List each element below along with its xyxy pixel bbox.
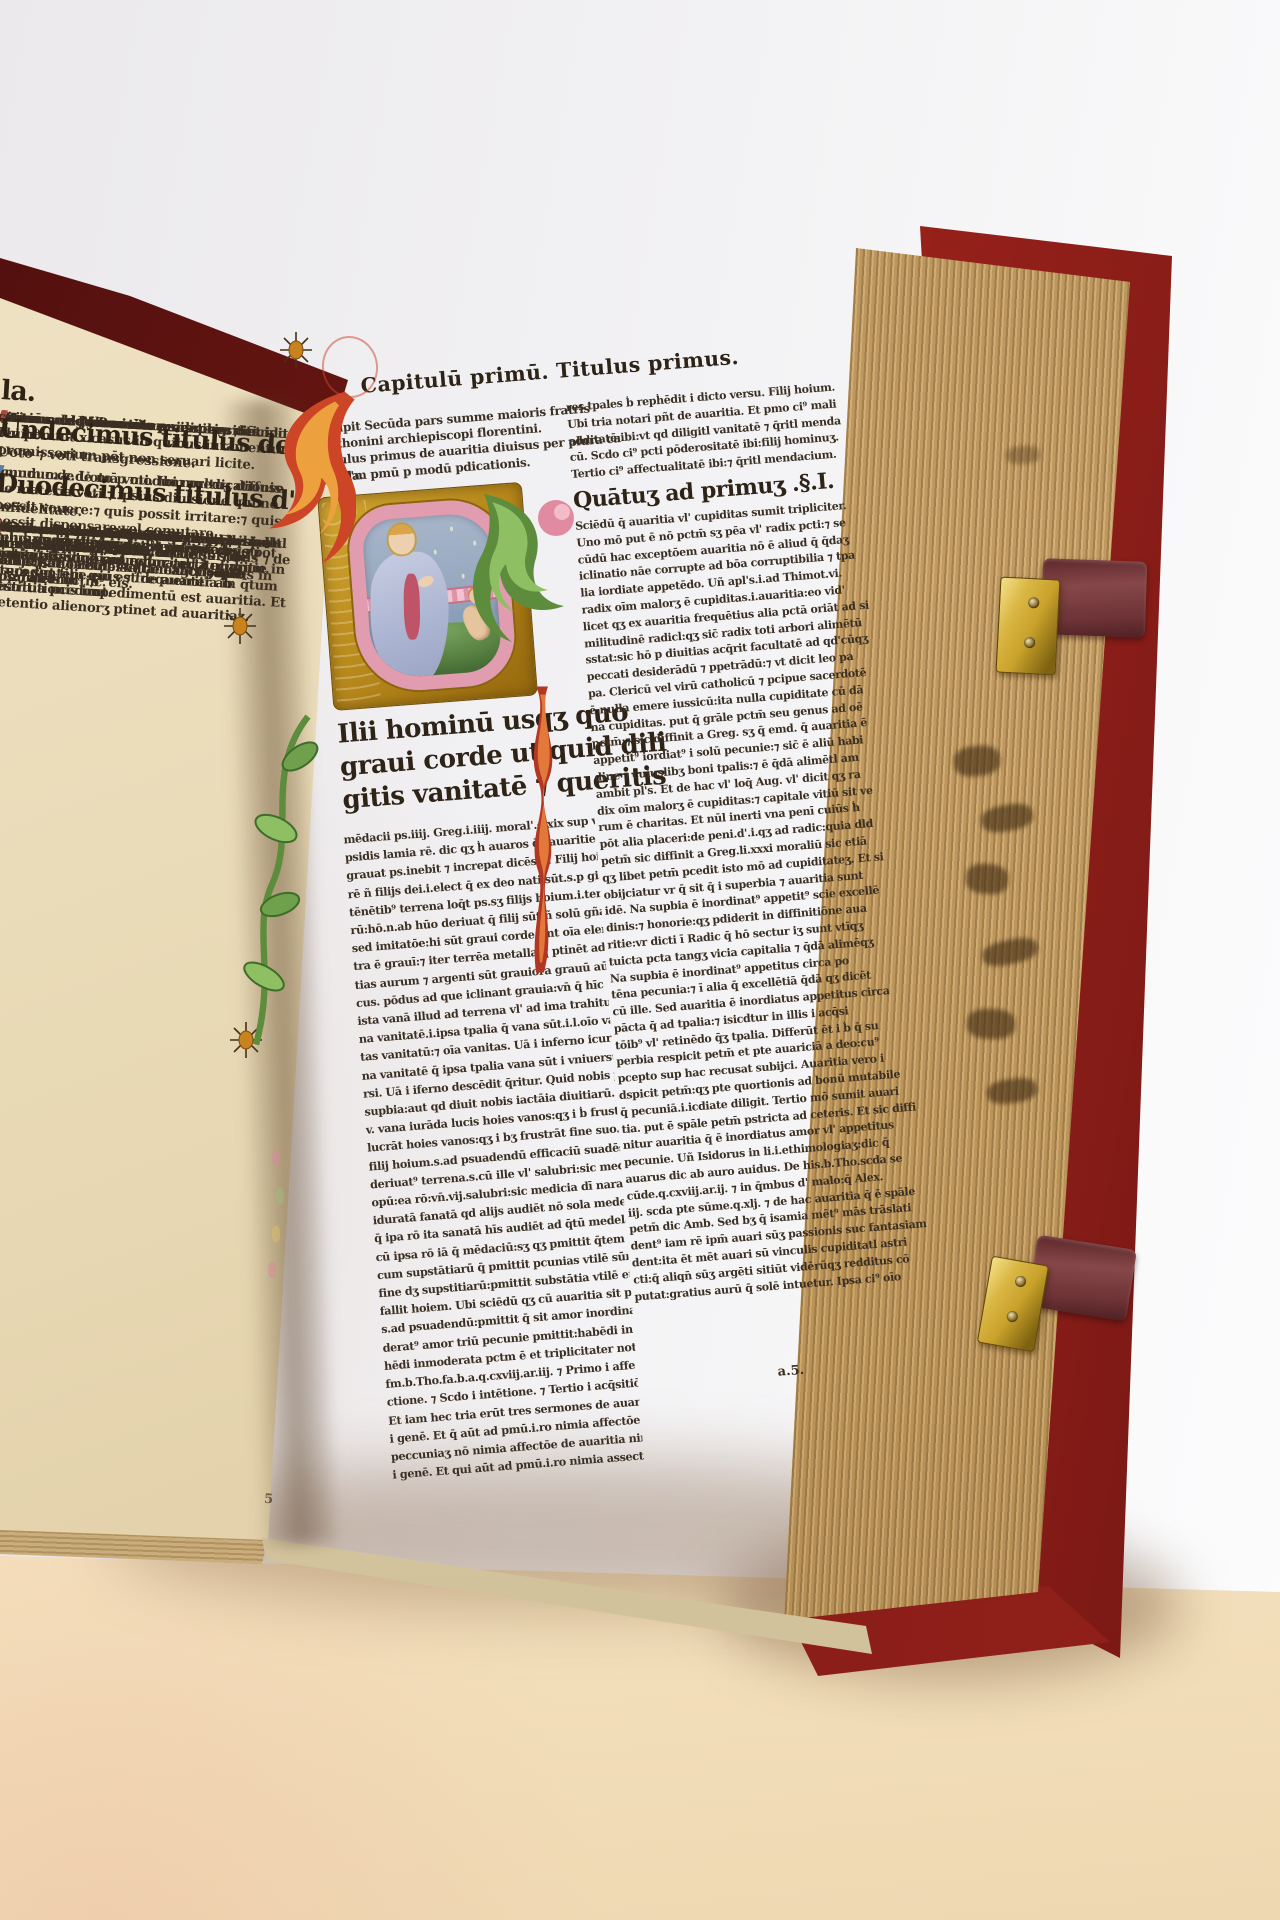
illuminated-initial-miniature bbox=[317, 482, 538, 711]
sky-speck bbox=[473, 541, 476, 546]
rivet-icon bbox=[1006, 1310, 1019, 1323]
column-body-lines: Sciēdū q̄ auaritia vl' cupiditas sumit t… bbox=[575, 496, 935, 1306]
sky-speck bbox=[461, 573, 464, 578]
running-title: Capitulū primū. Titulus primus. bbox=[360, 345, 740, 398]
faded-mark bbox=[276, 1188, 284, 1204]
fore-edge-ink-inscription bbox=[965, 862, 1009, 896]
photograph-of-incunabulum: la. Tertium.c.de Juramento.Quartum.c.de … bbox=[0, 0, 1280, 1920]
folio-number: 5 bbox=[264, 1492, 274, 1507]
rivet-icon bbox=[1014, 1275, 1027, 1288]
quire-signature: a.5. bbox=[777, 1363, 805, 1380]
christ-child-head bbox=[469, 588, 485, 604]
right-page-text-block: Capitulū primū. Titulus primus. Incipit … bbox=[306, 308, 968, 1499]
miniature-scene bbox=[346, 496, 518, 695]
madonna-head bbox=[388, 523, 416, 555]
brass-clasp-catch-top bbox=[996, 576, 1061, 675]
faded-mark bbox=[272, 1226, 280, 1242]
text-column-left: mēdacii ps.iiij. Greg.i.iiij. moral'.c.x… bbox=[343, 811, 646, 1496]
incipit-block: Incipit Secūda pars summe maioris fratri… bbox=[317, 402, 570, 470]
sky-speck bbox=[485, 564, 488, 569]
psalm-lemma: Ilii hominū usqʒ quograui corde ut quid … bbox=[336, 700, 593, 818]
faded-mark bbox=[268, 1262, 276, 1278]
sky-speck bbox=[434, 550, 437, 555]
faded-mark bbox=[272, 1150, 280, 1166]
rivet-icon bbox=[1024, 637, 1036, 649]
rivet-icon bbox=[1028, 597, 1040, 609]
sky-speck bbox=[450, 526, 453, 531]
fore-edge-ink-inscription bbox=[966, 1008, 1015, 1040]
left-page-text-block: la. Tertium.c.de Juramento.Quartum.c.de … bbox=[0, 376, 301, 563]
